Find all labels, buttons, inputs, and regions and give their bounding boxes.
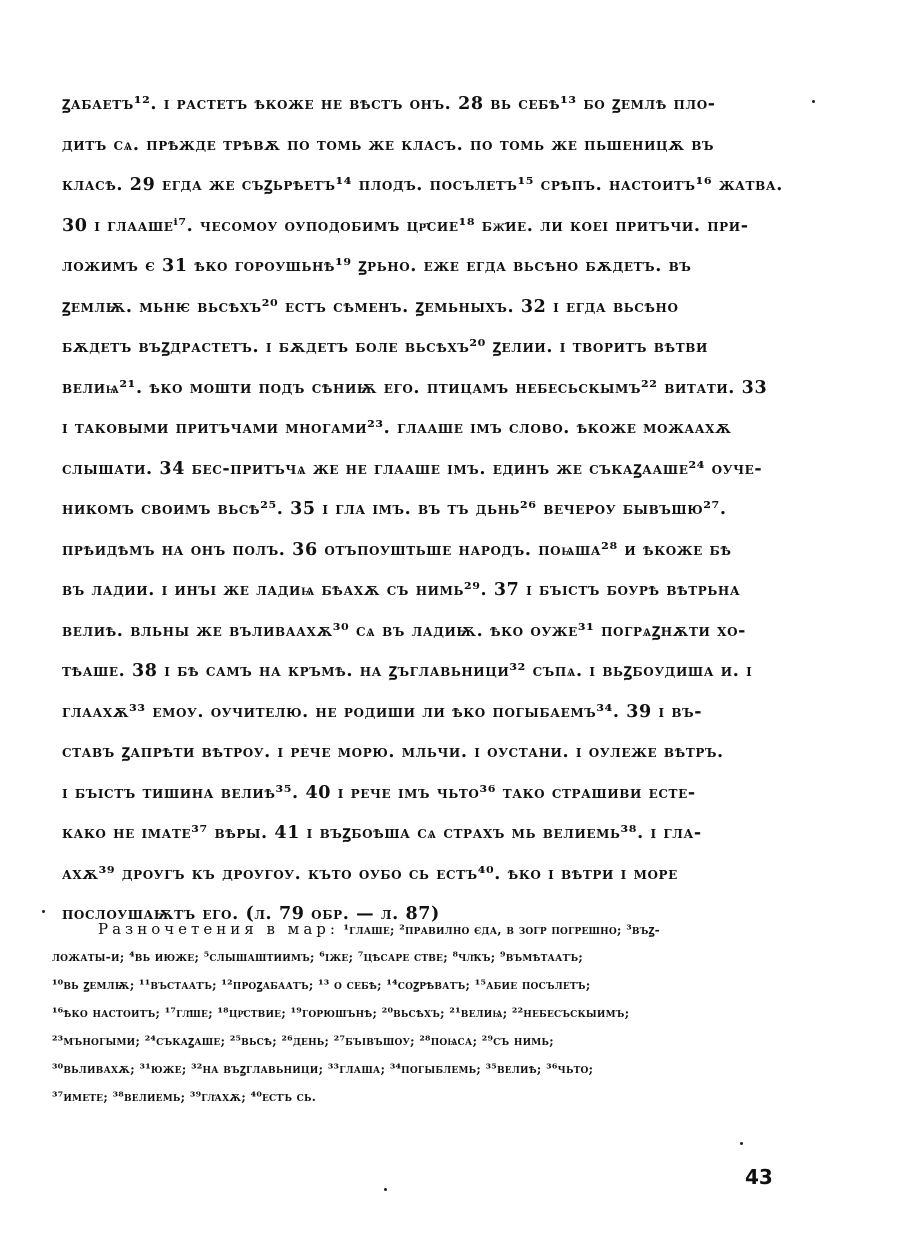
apparatus-heading: Разночетения в мар: bbox=[52, 920, 339, 938]
text-line: 30 і глаашеⁱ⁷. чесомоу оуподобимъ цр҃сие… bbox=[62, 206, 822, 247]
scanned-page: ꙁабаетъ¹². і растетъ ѣкоже не вѣстъ онъ.… bbox=[0, 0, 900, 1250]
text-line: никомъ своимъ вьсѣ²⁵. 35 і гла імъ. въ т… bbox=[62, 489, 822, 530]
page-number: 43 bbox=[745, 1165, 773, 1189]
text-line: велиѩ²¹. ѣко мошти подъ сѣниѭ его. птица… bbox=[62, 368, 822, 409]
text-line: слышати. 34 бес-притъчѧ же не глааше імъ… bbox=[62, 449, 822, 490]
text-line: класѣ. 29 егда же съꙁьрѣетъ¹⁴ плодъ. пос… bbox=[62, 165, 822, 206]
apparatus-line: ¹⁰вь ꙁемлѭ; ¹¹въстаатъ; ¹²проꙁабаатъ; ¹³… bbox=[52, 971, 792, 999]
apparatus-line: ³⁰вьливахѫ; ³¹юже; ³²на въꙁглавьници; ³³… bbox=[52, 1055, 792, 1083]
scan-speck bbox=[740, 1142, 743, 1145]
text-line: ꙁабаетъ¹². і растетъ ѣкоже не вѣстъ онъ.… bbox=[62, 84, 822, 125]
main-text-block: ꙁабаетъ¹². і растетъ ѣкоже не вѣстъ онъ.… bbox=[62, 84, 822, 935]
text-line: і бъістъ тишина велиѣ³⁵. 40 і рече імъ ч… bbox=[62, 773, 822, 814]
text-line: тѣаше. 38 і бѣ самъ на кръмѣ. на ꙁъглавь… bbox=[62, 651, 822, 692]
text-line: велиѣ. вльны же въливаахѫ³⁰ сѧ въ ладиѭ.… bbox=[62, 611, 822, 652]
apparatus-line: ¹⁶ѣко настоитъ; ¹⁷гл҃ше; ¹⁸цр҃ствие; ¹⁹г… bbox=[52, 999, 792, 1027]
text-line: дитъ сѧ. прѣжде трѣвѫ по томь же класъ. … bbox=[62, 125, 822, 166]
apparatus-entry: ¹глаше; ²правилно єда, в зогр погрешно; … bbox=[343, 922, 660, 937]
text-line: бѫдетъ въꙁдрастетъ. і бѫдетъ боле вьсѣхъ… bbox=[62, 327, 822, 368]
apparatus-line: ³⁷имете; ³⁸велиемь; ³⁹гл҃ахѫ; ⁴⁰естъ сь. bbox=[52, 1083, 792, 1111]
text-line: ложимъ є 31 ѣко гороушьнѣ¹⁹ ꙁрьно. еже е… bbox=[62, 246, 822, 287]
apparatus-line: ²³мъногыми; ²⁴съкаꙁаше; ²⁵вьсѣ; ²⁶день; … bbox=[52, 1027, 792, 1055]
text-line: како не імате³⁷ вѣры. 41 і въꙁбоѣша сѧ с… bbox=[62, 813, 822, 854]
apparatus-first-line: Разночетения в мар: ¹глаше; ²правилно єд… bbox=[52, 915, 792, 943]
text-line: ахѫ³⁹ дроугъ къ дроугоу. къто оубо сь ес… bbox=[62, 854, 822, 895]
apparatus-line: ложаты-и; ⁴вь июже; ⁵слышаштиимъ; ⁶іже; … bbox=[52, 943, 792, 971]
text-line: ꙁемлѭ. мьнѥ вьсѣхъ²⁰ естъ сѣменъ. ꙁемьны… bbox=[62, 287, 822, 328]
scan-speck bbox=[384, 1188, 387, 1191]
text-line: глаахѫ³³ емоу. оучителю. не родиши ли ѣк… bbox=[62, 692, 822, 733]
text-line: въ ладии. і инъі же ладиѩ бѣахѫ съ нимь²… bbox=[62, 570, 822, 611]
text-line: і таковыми притъчами многами²³. глаашe і… bbox=[62, 408, 822, 449]
variant-readings-apparatus: Разночетения в мар: ¹глаше; ²правилно єд… bbox=[52, 915, 792, 1111]
text-line: ставъ ꙁапрѣти вѣтроу. і рече морю. мльчи… bbox=[62, 732, 822, 773]
text-line: прѣидѣмъ на онъ полъ. 36 отъпоуштьше нар… bbox=[62, 530, 822, 571]
scan-speck bbox=[42, 910, 45, 913]
scan-speck bbox=[812, 100, 815, 103]
